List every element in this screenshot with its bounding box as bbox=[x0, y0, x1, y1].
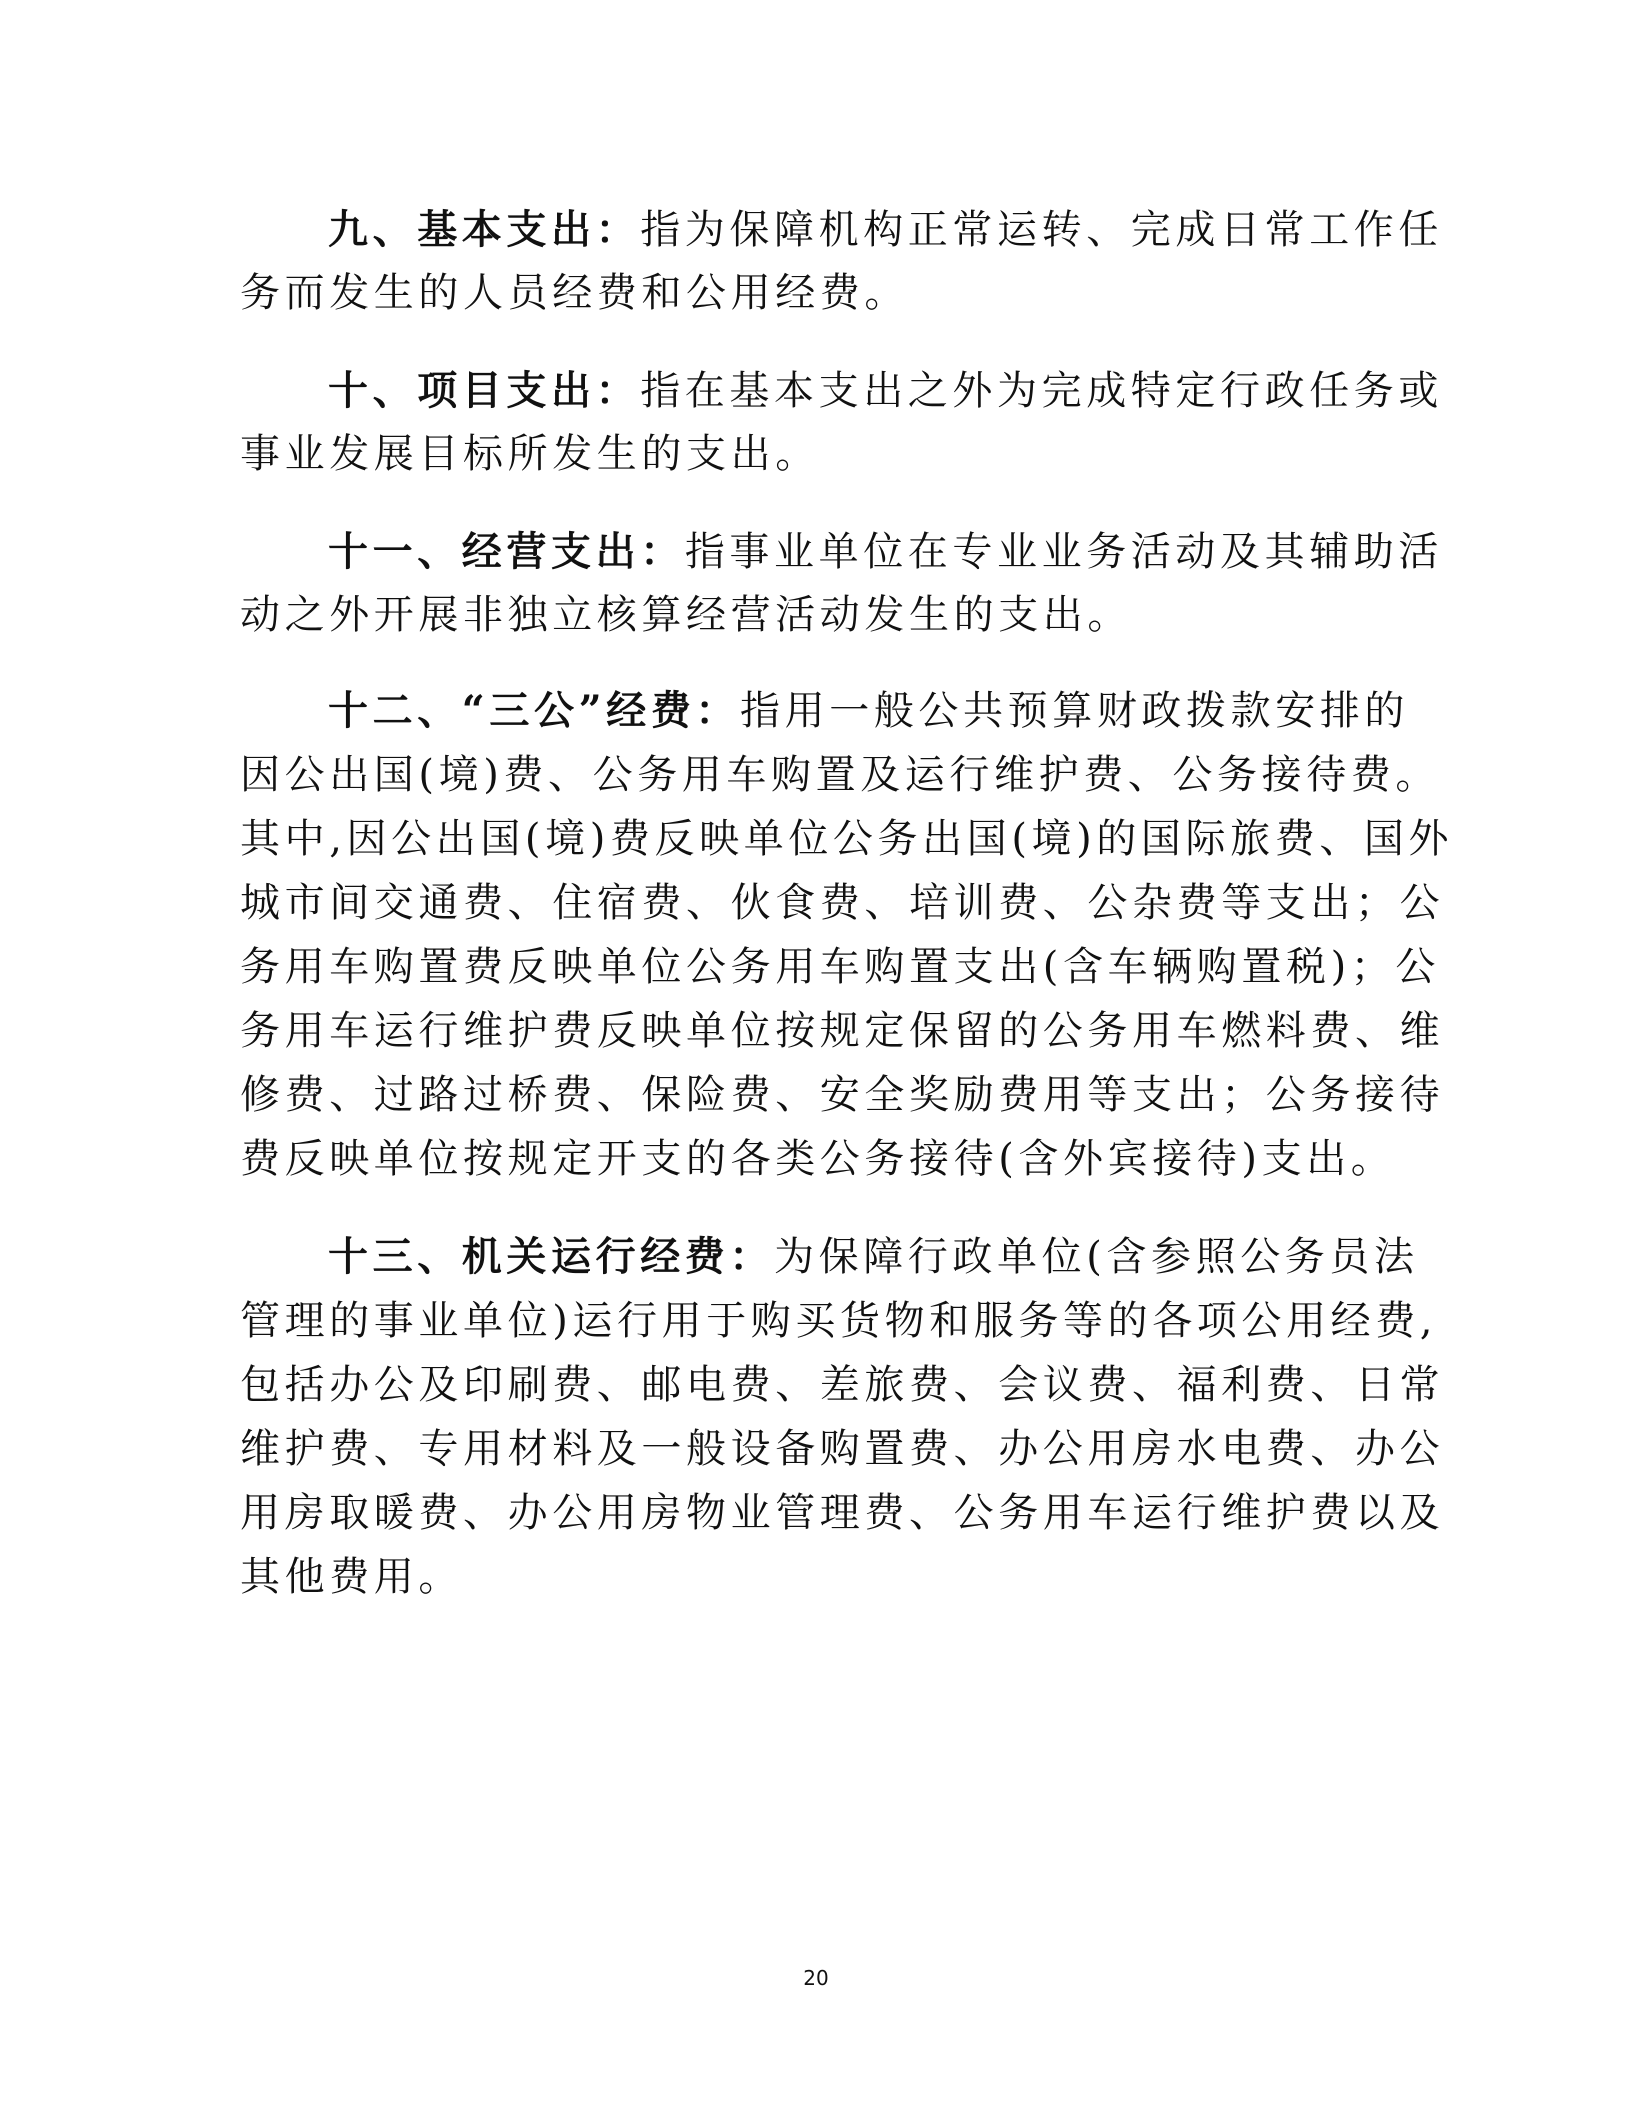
document-page: 九、基本支出：指为保障机构正常运转、完成日常工作任 务而发生的人员经费和公用经费… bbox=[0, 0, 1632, 2112]
section-10-line-1: 十、项目支出：指在基本支出之外为完成特定行政任务或 bbox=[328, 363, 1390, 419]
section-13-line-4: 维护费、专用材料及一般设备购置费、办公用房水电费、办公 bbox=[240, 1421, 1390, 1477]
section-13-line-3: 包括办公及印刷费、邮电费、差旅费、会议费、福利费、日常 bbox=[240, 1357, 1390, 1413]
section-9-line-1: 九、基本支出：指为保障机构正常运转、完成日常工作任 bbox=[328, 202, 1390, 258]
section-11-line-2: 动之外开展非独立核算经营活动发生的支出。 bbox=[240, 587, 1390, 643]
section-12-line-7: 修费、过路过桥费、保险费、安全奖励费用等支出；公务接待 bbox=[240, 1067, 1390, 1123]
section-12-text: 指用一般公共预算财政拨款安排的 bbox=[740, 688, 1409, 734]
section-12-line-8: 费反映单位按规定开支的各类公务接待(含外宾接待)支出。 bbox=[240, 1131, 1390, 1187]
section-12-line-6: 务用车运行维护费反映单位按规定保留的公务用车燃料费、维 bbox=[240, 1003, 1390, 1059]
section-13-line-6: 其他费用。 bbox=[240, 1549, 1390, 1605]
section-9-text: 指为保障机构正常运转、完成日常工作任 bbox=[640, 207, 1443, 253]
section-12-line-4: 城市间交通费、住宿费、伙食费、培训费、公杂费等支出；公 bbox=[240, 875, 1390, 931]
section-13-line-5: 用房取暖费、办公用房物业管理费、公务用车运行维护费以及 bbox=[240, 1485, 1390, 1541]
section-9-term: 九、基本支出： bbox=[328, 206, 640, 253]
section-12-line-5: 务用车购置费反映单位公务用车购置支出(含车辆购置税)；公 bbox=[240, 939, 1390, 995]
section-11-line-1: 十一、经营支出：指事业单位在专业业务活动及其辅助活 bbox=[328, 524, 1390, 580]
section-13-term: 十三、机关运行经费： bbox=[328, 1233, 774, 1280]
section-13-line-2: 管理的事业单位)运行用于购买货物和服务等的各项公用经费, bbox=[240, 1293, 1390, 1349]
section-10-term: 十、项目支出： bbox=[328, 367, 640, 414]
section-9-line-2: 务而发生的人员经费和公用经费。 bbox=[240, 265, 1390, 321]
section-12-line-2: 因公出国(境)费、公务用车购置及运行维护费、公务接待费。 bbox=[240, 747, 1390, 803]
section-11-term: 十一、经营支出： bbox=[328, 528, 685, 575]
section-12-line-1: 十二、“三公”经费：指用一般公共预算财政拨款安排的 bbox=[328, 683, 1390, 739]
page-number: 20 bbox=[0, 1966, 1632, 1990]
section-10-text: 指在基本支出之外为完成特定行政任务或 bbox=[640, 368, 1443, 414]
section-13-text: 为保障行政单位(含参照公务员法 bbox=[774, 1234, 1419, 1280]
section-10-line-2: 事业发展目标所发生的支出。 bbox=[240, 426, 1390, 482]
section-13-line-1: 十三、机关运行经费：为保障行政单位(含参照公务员法 bbox=[328, 1229, 1390, 1285]
section-12-term: 十二、“三公”经费： bbox=[328, 687, 740, 734]
section-12-line-3: 其中,因公出国(境)费反映单位公务出国(境)的国际旅费、国外 bbox=[240, 811, 1390, 867]
section-11-text: 指事业单位在专业业务活动及其辅助活 bbox=[685, 529, 1443, 575]
